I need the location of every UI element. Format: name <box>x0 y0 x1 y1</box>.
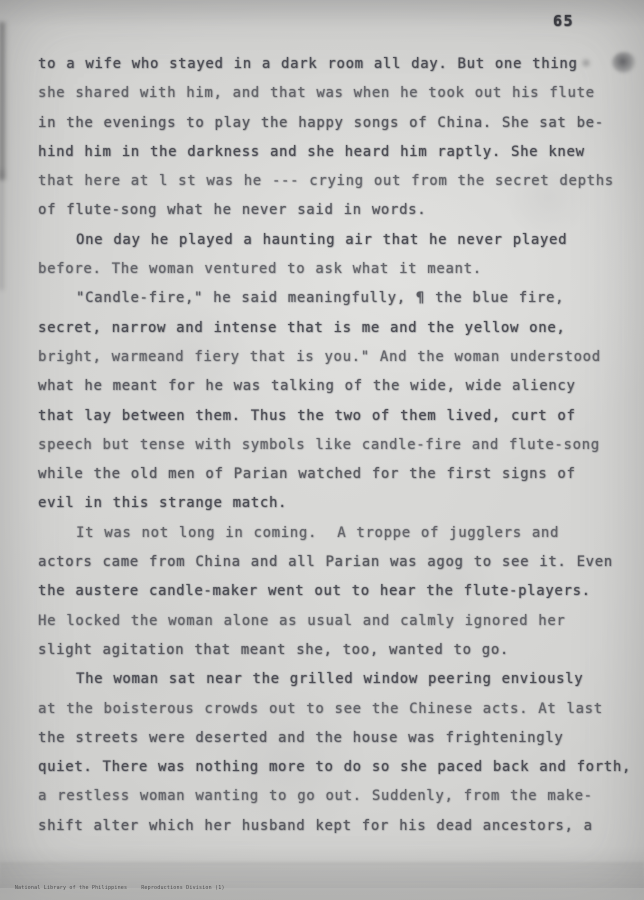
text-line: that lay between them. Thus the two of t… <box>38 402 613 431</box>
text-line: what he meant for he was talking of the … <box>38 372 613 401</box>
text-line: speech but tense with symbols like candl… <box>38 431 613 460</box>
ink-smudge <box>580 58 592 68</box>
text-line: secret, narrow and intense that is me an… <box>38 314 613 343</box>
scan-edge-smudge <box>0 22 8 180</box>
text-line: "Candle-fire," he said meaningfully, ¶ t… <box>38 284 613 313</box>
library-watermark-code: Reproductions Division (1) <box>141 885 224 891</box>
text-line: a restless woman wanting to go out. Sudd… <box>38 782 613 811</box>
text-line: shift alter which her husband kept for h… <box>38 812 613 841</box>
text-line: while the old men of Parian watched for … <box>38 460 613 489</box>
text-line: at the boisterous crowds out to see the … <box>38 695 613 724</box>
text-line: the streets were deserted and the house … <box>38 724 613 753</box>
text-line: The woman sat near the grilled window pe… <box>38 665 613 694</box>
text-line: evil in this strange match. <box>38 489 613 518</box>
text-line: He locked the woman alone as usual and c… <box>38 607 613 636</box>
text-line: of flute-song what he never said in word… <box>38 196 613 225</box>
ink-smudge <box>612 52 636 73</box>
text-line: in the evenings to play the happy songs … <box>38 109 613 138</box>
library-watermark: National Library of the PhilippinesRepro… <box>2 879 225 897</box>
text-line: actors came from China and all Parian wa… <box>38 548 613 577</box>
text-line: quiet. There was nothing more to do so s… <box>38 753 613 782</box>
text-line: slight agitation that meant she, too, wa… <box>38 636 613 665</box>
text-line: One day he played a haunting air that he… <box>38 226 613 255</box>
text-line: she shared with him, and that was when h… <box>38 79 613 108</box>
text-line: hind him in the darkness and she heard h… <box>38 138 613 167</box>
library-watermark-name: National Library of the Philippines <box>15 885 127 891</box>
text-line: to a wife who stayed in a dark room all … <box>38 50 613 79</box>
scanned-manuscript-page: 65 to a wife who stayed in a dark room a… <box>0 0 644 900</box>
page-number: 65 <box>553 12 574 30</box>
scan-edge-smudge <box>0 170 5 290</box>
text-line: bright, warmeand fiery that is you." And… <box>38 343 613 372</box>
text-line: the austere candle-maker went out to hea… <box>38 577 613 606</box>
text-line: It was not long in coming. A troppe of j… <box>38 519 613 548</box>
typewritten-text: to a wife who stayed in a dark room all … <box>38 50 613 841</box>
text-line: that here at l st was he --- crying out … <box>38 167 613 196</box>
text-line: before. The woman ventured to ask what i… <box>38 255 613 284</box>
